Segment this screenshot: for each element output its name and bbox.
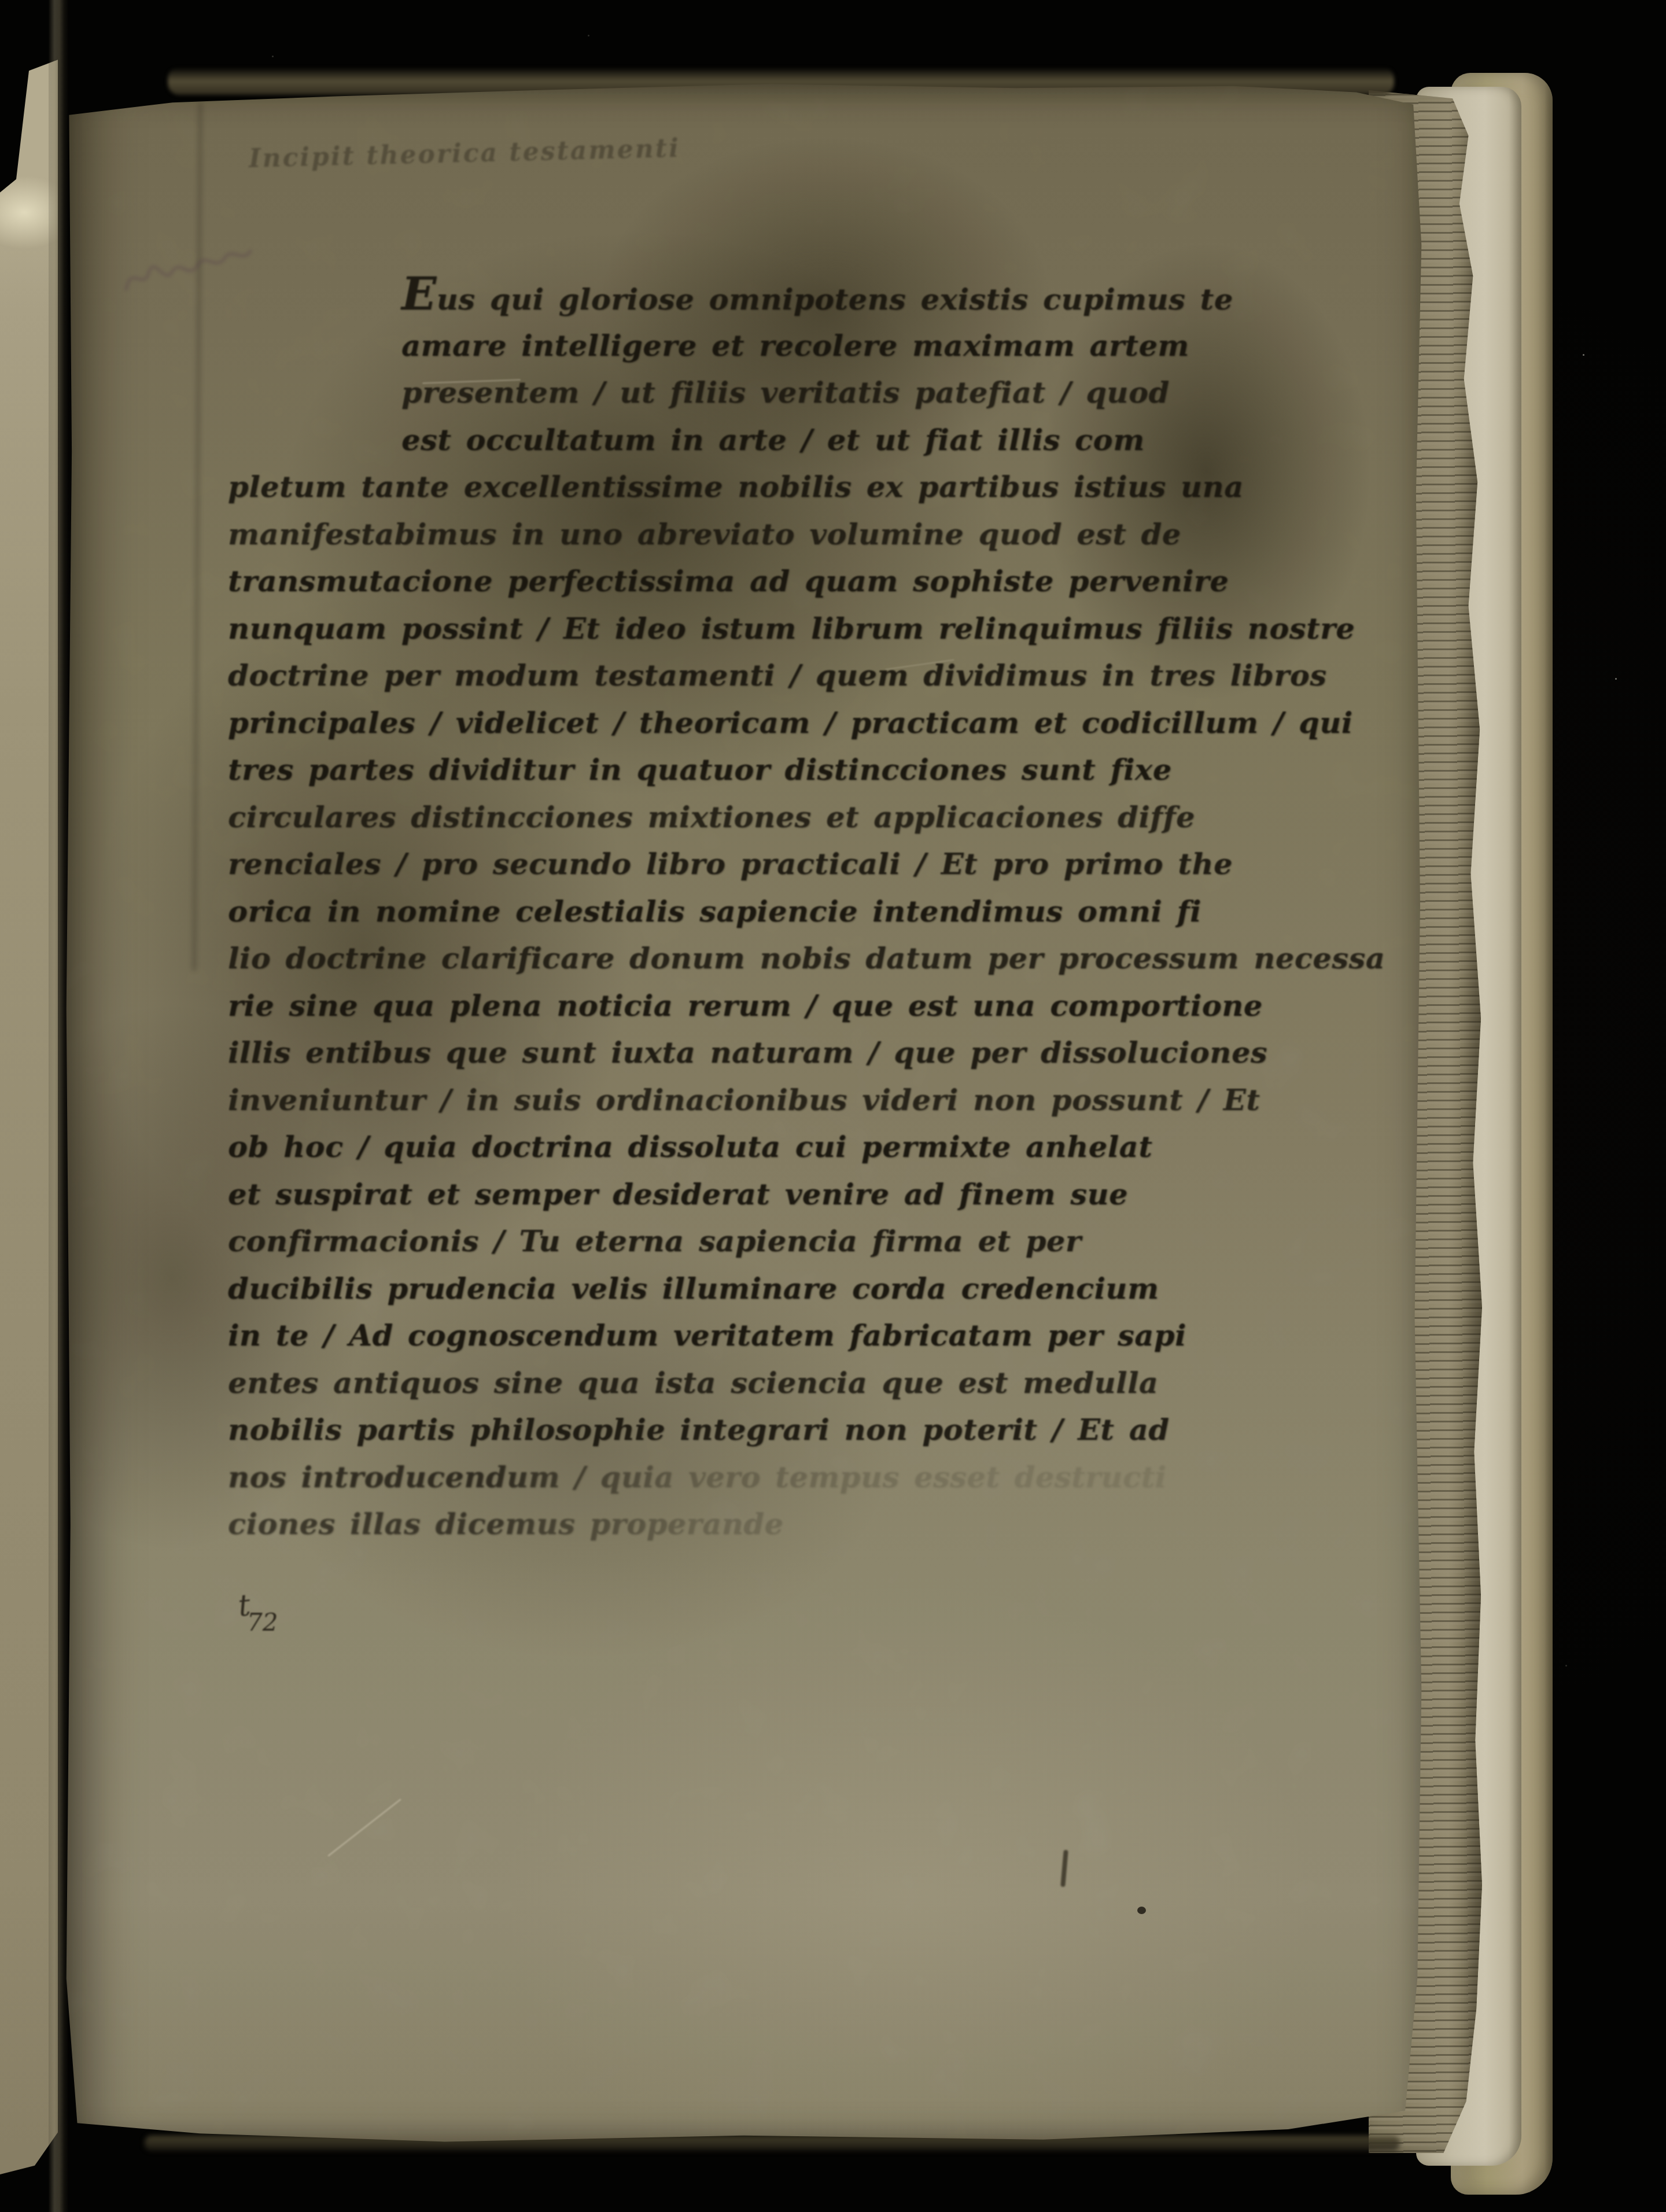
dust-speck: [1583, 354, 1584, 356]
text-line: ob hoc / quia doctrina dissoluta cui per…: [228, 1124, 1246, 1171]
text-line: circulares distincciones mixtiones et ap…: [228, 794, 1246, 842]
text-line: doctrine per modum testamenti / quem div…: [228, 652, 1246, 700]
header-inscription: Incipit theorica testamenti: [248, 134, 680, 174]
text-block: Eus qui gloriose omnipotens existis cupi…: [228, 275, 1246, 1549]
surface-scratch: [327, 1798, 401, 1857]
text-line: nunquam possint / Et ideo istum librum r…: [228, 606, 1246, 653]
dust-speck: [588, 35, 589, 36]
text-line: confirmacionis / Tu eterna sapiencia fir…: [228, 1218, 1246, 1266]
manuscript-photograph: Incipit theorica testamenti Eus qui glor…: [0, 0, 1666, 2212]
text-line: entes antiquos sine qua ista sciencia qu…: [228, 1360, 1246, 1407]
stray-ink-stroke: [1060, 1850, 1068, 1887]
text-line: ducibilis prudencia velis illuminare cor…: [228, 1266, 1246, 1313]
text-line: in te / Ad cognoscendum veritatem fabric…: [228, 1313, 1246, 1360]
dust-speck: [1565, 1665, 1567, 1667]
text-line: amare intelligere et recolere maximam ar…: [228, 323, 1246, 370]
text-line: manifestabimus in uno abreviato volumine…: [228, 511, 1246, 559]
gutter-crease: [193, 103, 202, 971]
stray-ink-spot: [1137, 1907, 1146, 1914]
text-line: illis entibus que sunt iuxta naturam / q…: [228, 1030, 1246, 1077]
text-line: renciales / pro secundo libro practicali…: [228, 841, 1246, 889]
text-line: pletum tante excellentissime nobilis ex …: [228, 464, 1246, 511]
manuscript-page: Incipit theorica testamenti Eus qui glor…: [64, 80, 1424, 2144]
text-line: et suspirat et semper desiderat venire a…: [228, 1171, 1246, 1219]
text-line: lio doctrine clarificare donum nobis dat…: [228, 935, 1246, 983]
book-cradle-edge: [49, 0, 68, 2212]
quire-mark: t72: [238, 1588, 278, 1636]
text-line: principales / videlicet / theoricam / pr…: [228, 700, 1246, 747]
text-line: Eus qui gloriose omnipotens existis cupi…: [228, 275, 1246, 323]
text-line: orica in nomine celestialis sapiencie in…: [228, 889, 1246, 936]
text-line: transmutacione perfectissima ad quam sop…: [228, 558, 1246, 606]
text-line: inveniuntur / in suis ordinacionibus vid…: [228, 1077, 1246, 1125]
text-line: nobilis partis philosophie integrari non…: [228, 1407, 1246, 1454]
dust-speck: [272, 56, 274, 57]
text-line: tres partes dividitur in quatuor distinc…: [228, 747, 1246, 794]
dust-speck: [1615, 678, 1617, 680]
text-line: rie sine qua plena noticia rerum / que e…: [228, 983, 1246, 1030]
text-line: nos introducendum / quia vero tempus ess…: [228, 1454, 1246, 1502]
text-line: presentem / ut filiis veritatis patefiat…: [228, 370, 1246, 417]
quire-mark-glyph: t: [237, 1588, 252, 1624]
text-line: ciones illas dicemus properande: [228, 1501, 1246, 1549]
text-line: est occultatum in arte / et ut fiat illi…: [228, 417, 1246, 464]
